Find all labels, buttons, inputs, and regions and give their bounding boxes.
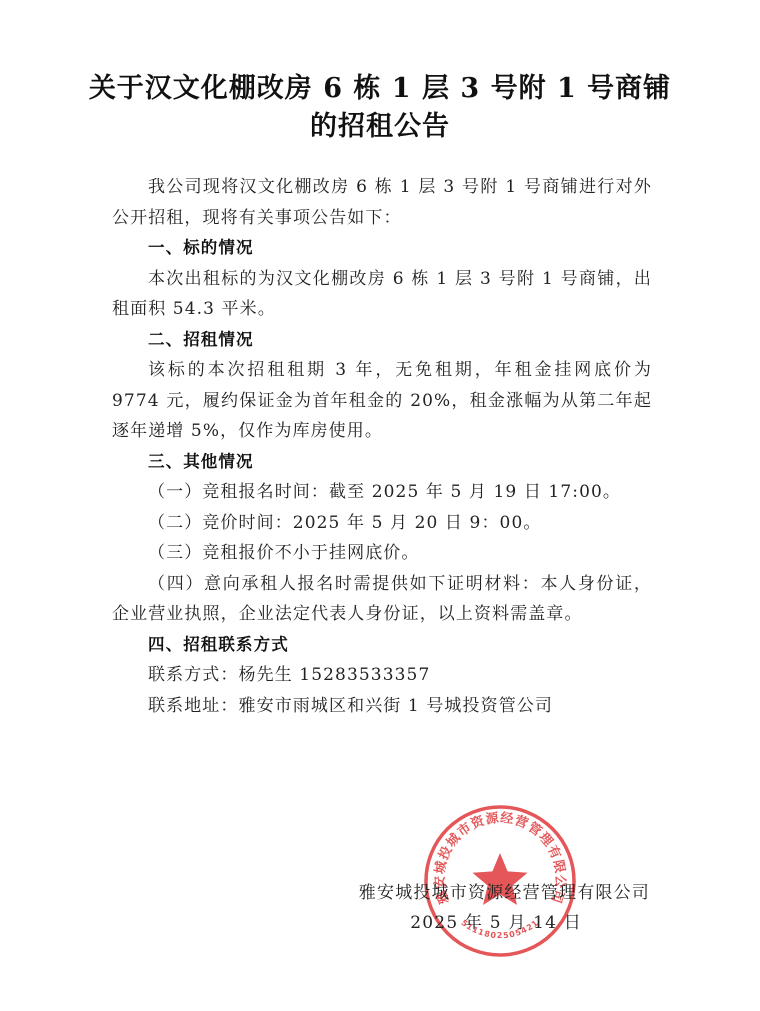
signature-block: 雅安城投城市资源经营管理有限公司 2025 年 5 月 14 日 xyxy=(320,878,650,938)
document-page: 关于汉文化棚改房 6 栋 1 层 3 号附 1 号商铺 的招租公告 我公司现将汉… xyxy=(0,0,760,1011)
section-paragraph-2: 该标的本次招租租期 3 年，无免租期，年租金挂网底价为 9774 元，履约保证金… xyxy=(112,355,652,447)
document-body: 我公司现将汉文化棚改房 6 栋 1 层 3 号附 1 号商铺进行对外公开招租，现… xyxy=(112,172,652,721)
company-name: 雅安城投城市资源经营管理有限公司 xyxy=(320,878,650,908)
section-heading-2: 二、招租情况 xyxy=(112,325,652,356)
list-item: （三）竞租报价不小于挂网底价。 xyxy=(112,538,652,569)
list-item: （二）竞价时间：2025 年 5 月 20 日 9：00。 xyxy=(112,508,652,539)
title-line-2: 的招租公告 xyxy=(80,108,680,146)
section-heading-4: 四、招租联系方式 xyxy=(112,630,652,661)
page-title: 关于汉文化棚改房 6 栋 1 层 3 号附 1 号商铺 的招租公告 xyxy=(80,70,680,146)
list-item: （一）竞租报名时间：截至 2025 年 5 月 19 日 17:00。 xyxy=(112,477,652,508)
section-paragraph-1: 本次出租标的为汉文化棚改房 6 栋 1 层 3 号附 1 号商铺，出租面积 54… xyxy=(112,264,652,325)
section-heading-1: 一、标的情况 xyxy=(112,233,652,264)
section-heading-3: 三、其他情况 xyxy=(112,447,652,478)
title-line-1: 关于汉文化棚改房 6 栋 1 层 3 号附 1 号商铺 xyxy=(80,70,680,108)
contact-person: 联系方式：杨先生 15283533357 xyxy=(112,660,652,691)
list-item: （四）意向承租人报名时需提供如下证明材料：本人身份证，企业营业执照，企业法定代表… xyxy=(112,569,652,630)
signature-date: 2025 年 5 月 14 日 xyxy=(320,908,650,938)
intro-paragraph: 我公司现将汉文化棚改房 6 栋 1 层 3 号附 1 号商铺进行对外公开招租，现… xyxy=(112,172,652,233)
contact-address: 联系地址：雅安市雨城区和兴街 1 号城投资管公司 xyxy=(112,691,652,722)
